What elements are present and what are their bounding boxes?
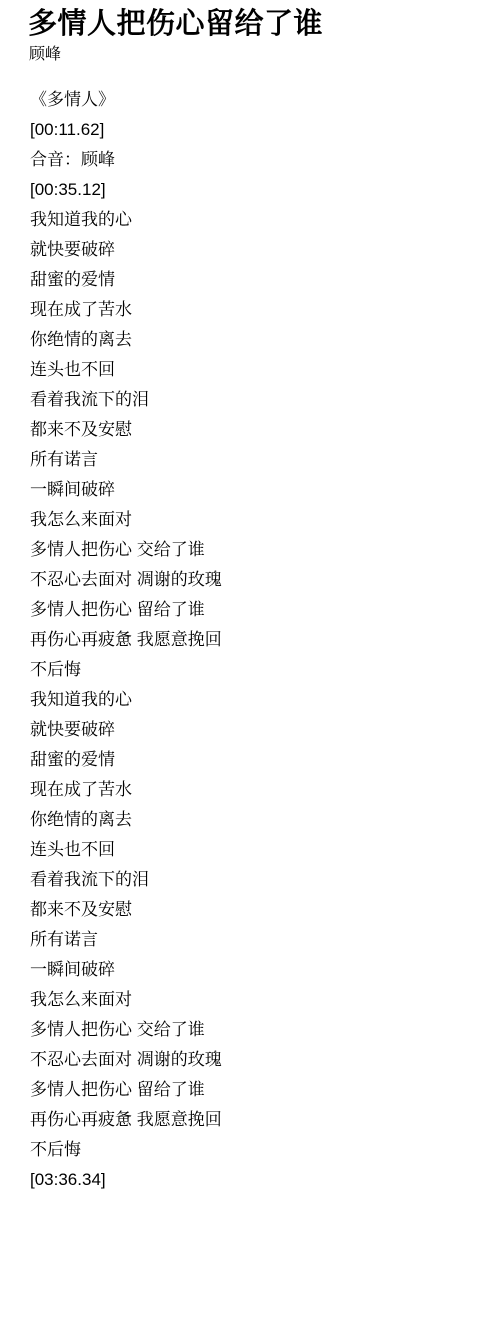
lyric-line: 多情人把伤心 交给了谁 [30,535,480,565]
lyric-line: 《多情人》 [30,85,480,115]
lyric-line: 所有诺言 [30,925,480,955]
lyric-line: 我怎么来面对 [30,505,480,535]
lyric-line: [00:35.12] [30,175,480,205]
lyric-line: 我知道我的心 [30,685,480,715]
lyric-line: 合音：顾峰 [30,145,480,175]
lyric-line: 我怎么来面对 [30,985,480,1015]
lyric-line: 多情人把伤心 留给了谁 [30,1075,480,1105]
lyric-line: 就快要破碎 [30,235,480,265]
lyric-line: 再伤心再疲惫 我愿意挽回 [30,625,480,655]
lyric-line: 多情人把伤心 交给了谁 [30,1015,480,1045]
song-title: 多情人把伤心留给了谁 [28,6,480,42]
lyric-line: 都来不及安慰 [30,415,480,445]
lyric-line: 甜蜜的爱情 [30,745,480,775]
lyric-line: 不忍心去面对 凋谢的玫瑰 [30,1045,480,1075]
lyric-line: 你绝情的离去 [30,805,480,835]
lyric-line: 甜蜜的爱情 [30,265,480,295]
lyric-line: 不后悔 [30,655,480,685]
lyric-line: 看着我流下的泪 [30,865,480,895]
lyric-line: 现在成了苦水 [30,295,480,325]
lyrics-list: 《多情人》[00:11.62]合音：顾峰[00:35.12]我知道我的心就快要破… [30,85,480,1195]
lyric-line: 连头也不回 [30,355,480,385]
lyric-line: 连头也不回 [30,835,480,865]
lyric-line: [03:36.34] [30,1165,480,1195]
lyric-line: 都来不及安慰 [30,895,480,925]
lyric-line: 一瞬间破碎 [30,955,480,985]
lyric-line: 一瞬间破碎 [30,475,480,505]
lyric-line: 你绝情的离去 [30,325,480,355]
lyric-line: 所有诺言 [30,445,480,475]
lyric-line: 就快要破碎 [30,715,480,745]
lyric-line: [00:11.62] [30,115,480,145]
lyric-line: 我知道我的心 [30,205,480,235]
lyrics-page: 多情人把伤心留给了谁 顾峰 《多情人》[00:11.62]合音：顾峰[00:35… [0,0,500,1195]
lyric-line: 看着我流下的泪 [30,385,480,415]
lyric-line: 现在成了苦水 [30,775,480,805]
lyric-line: 再伤心再疲惫 我愿意挽回 [30,1105,480,1135]
lyric-line: 不后悔 [30,1135,480,1165]
lyric-line: 多情人把伤心 留给了谁 [30,595,480,625]
lyric-line: 不忍心去面对 凋谢的玫瑰 [30,565,480,595]
artist-name: 顾峰 [29,46,480,64]
